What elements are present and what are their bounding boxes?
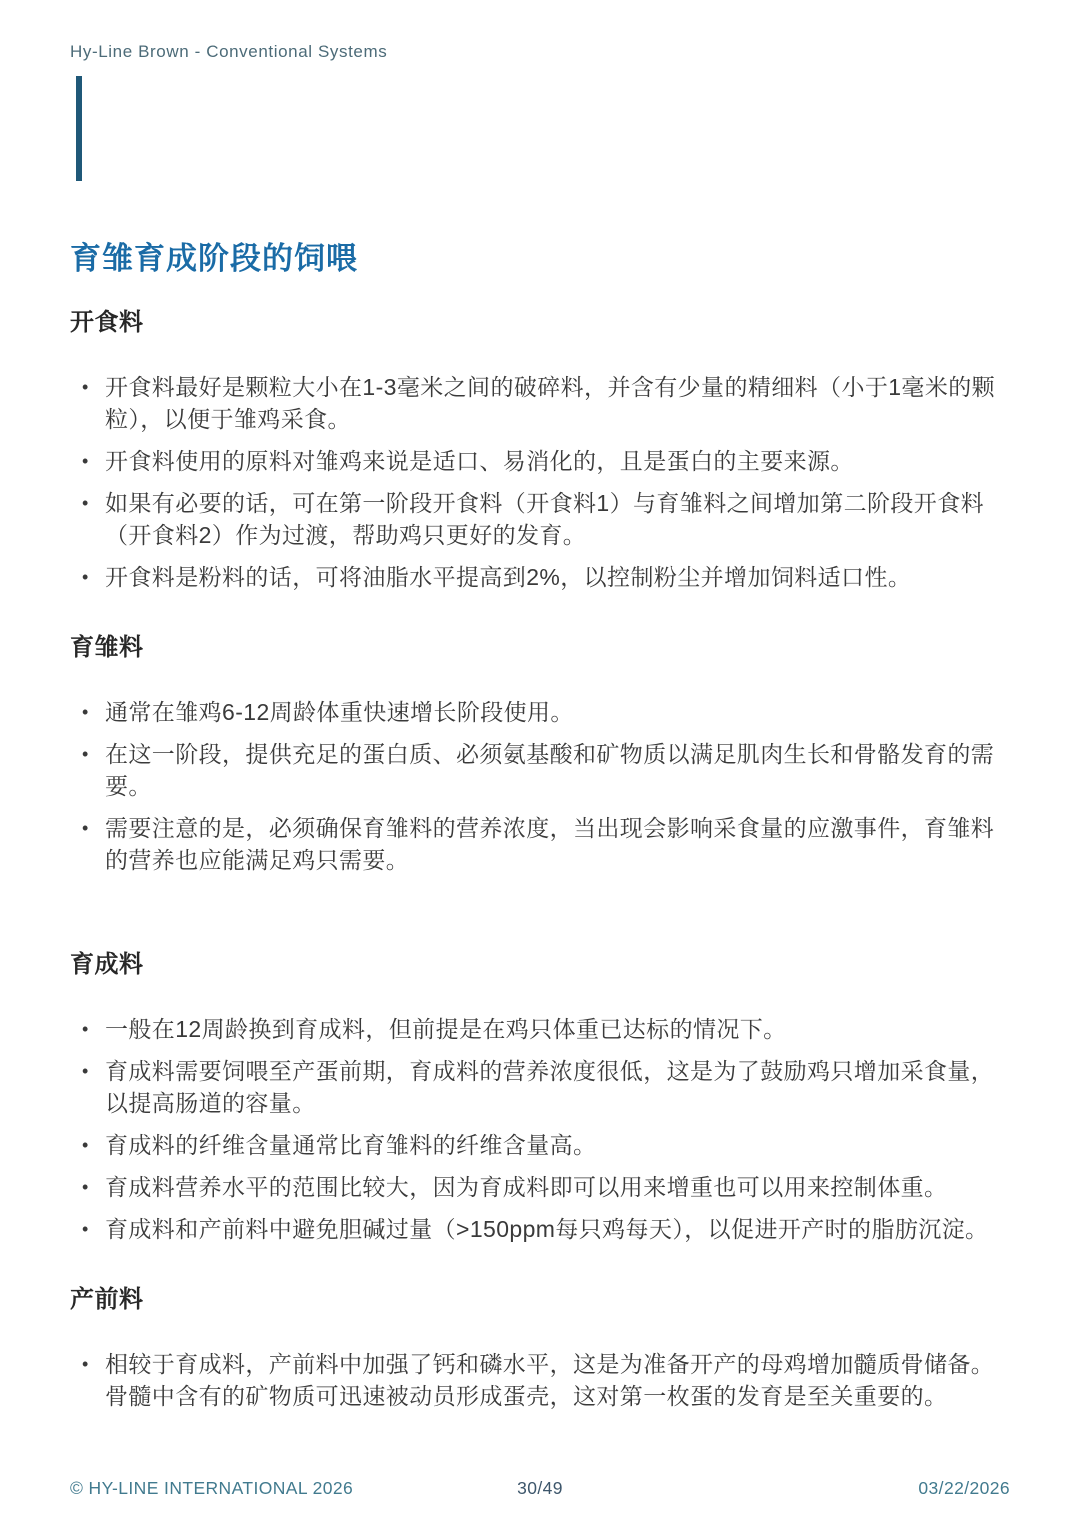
bullet-dot-icon: • xyxy=(82,1213,105,1245)
bullet-text: 相较于育成料，产前料中加强了钙和磷水平，这是为准备开产的母鸡增加髓质骨储备。骨髓… xyxy=(105,1348,1010,1412)
bullet-text: 需要注意的是，必须确保育雏料的营养浓度，当出现会影响采食量的应激事件，育雏料的营… xyxy=(105,812,1010,876)
bullet-item: • 育成料和产前料中避免胆碱过量（>150ppm每只鸡每天），以促进开产时的脂肪… xyxy=(70,1213,1010,1245)
bullet-item: • 需要注意的是，必须确保育雏料的营养浓度，当出现会影响采食量的应激事件，育雏料… xyxy=(70,812,1010,876)
bullet-item: • 如果有必要的话，可在第一阶段开食料（开食料1）与育雏料之间增加第二阶段开食料… xyxy=(70,487,1010,551)
section-heading-grower-feed: 育成料 xyxy=(70,944,1010,979)
accent-vertical-bar xyxy=(76,76,82,181)
bullet-dot-icon: • xyxy=(82,487,105,519)
bullet-item: • 育成料需要饲喂至产蛋前期，育成料的营养浓度很低，这是为了鼓励鸡只增加采食量，… xyxy=(70,1055,1010,1119)
bullet-dot-icon: • xyxy=(82,445,105,477)
bullet-text: 开食料最好是颗粒大小在1-3毫米之间的破碎料，并含有少量的精细料（小于1毫米的颗… xyxy=(105,371,1010,435)
document-header-breadcrumb: Hy-Line Brown - Conventional Systems xyxy=(70,42,1010,62)
footer-page-number: 30/49 xyxy=(517,1478,563,1499)
section-heading-starter-feed: 开食料 xyxy=(70,302,1010,337)
footer-copyright: © HY-LINE INTERNATIONAL 2026 xyxy=(70,1478,517,1499)
page-title: 育雏育成阶段的饲喂 xyxy=(70,233,1010,278)
bullet-dot-icon: • xyxy=(82,1013,105,1045)
bullet-item: • 相较于育成料，产前料中加强了钙和磷水平，这是为准备开产的母鸡增加髓质骨储备。… xyxy=(70,1348,1010,1412)
bullet-list-grower-feed: • 一般在12周龄换到育成料，但前提是在鸡只体重已达标的情况下。 • 育成料需要… xyxy=(70,1013,1010,1245)
bullet-item: • 开食料是粉料的话，可将油脂水平提高到2%，以控制粉尘并增加饲料适口性。 xyxy=(70,561,1010,593)
bullet-text: 育成料需要饲喂至产蛋前期，育成料的营养浓度很低，这是为了鼓励鸡只增加采食量，以提… xyxy=(105,1055,1010,1119)
bullet-text: 开食料使用的原料对雏鸡来说是适口、易消化的，且是蛋白的主要来源。 xyxy=(105,445,1010,477)
bullet-dot-icon: • xyxy=(82,561,105,593)
document-page: Hy-Line Brown - Conventional Systems 育雏育… xyxy=(0,0,1080,1528)
bullet-item: • 开食料使用的原料对雏鸡来说是适口、易消化的，且是蛋白的主要来源。 xyxy=(70,445,1010,477)
bullet-item: • 育成料营养水平的范围比较大，因为育成料即可以用来增重也可以用来控制体重。 xyxy=(70,1171,1010,1203)
bullet-dot-icon: • xyxy=(82,1348,105,1380)
bullet-text: 通常在雏鸡6-12周龄体重快速增长阶段使用。 xyxy=(105,696,1010,728)
bullet-dot-icon: • xyxy=(82,738,105,770)
bullet-dot-icon: • xyxy=(82,371,105,403)
section-heading-chick-feed: 育雏料 xyxy=(70,627,1010,662)
bullet-text: 一般在12周龄换到育成料，但前提是在鸡只体重已达标的情况下。 xyxy=(105,1013,1010,1045)
bullet-text: 育成料营养水平的范围比较大，因为育成料即可以用来增重也可以用来控制体重。 xyxy=(105,1171,1010,1203)
bullet-dot-icon: • xyxy=(82,1055,105,1087)
bullet-dot-icon: • xyxy=(82,1129,105,1161)
bullet-item: • 一般在12周龄换到育成料，但前提是在鸡只体重已达标的情况下。 xyxy=(70,1013,1010,1045)
bullet-text: 如果有必要的话，可在第一阶段开食料（开食料1）与育雏料之间增加第二阶段开食料（开… xyxy=(105,487,1010,551)
bullet-text: 在这一阶段，提供充足的蛋白质、必须氨基酸和矿物质以满足肌肉生长和骨骼发育的需要。 xyxy=(105,738,1010,802)
bullet-list-chick-feed: • 通常在雏鸡6-12周龄体重快速增长阶段使用。 • 在这一阶段，提供充足的蛋白… xyxy=(70,696,1010,876)
section-heading-prelay-feed: 产前料 xyxy=(70,1279,1010,1314)
bullet-dot-icon: • xyxy=(82,1171,105,1203)
bullet-text: 育成料和产前料中避免胆碱过量（>150ppm每只鸡每天），以促进开产时的脂肪沉淀… xyxy=(105,1213,1010,1245)
document-footer: © HY-LINE INTERNATIONAL 2026 30/49 03/22… xyxy=(70,1478,1010,1499)
bullet-list-prelay-feed: • 相较于育成料，产前料中加强了钙和磷水平，这是为准备开产的母鸡增加髓质骨储备。… xyxy=(70,1348,1010,1412)
bullet-dot-icon: • xyxy=(82,812,105,844)
bullet-item: • 开食料最好是颗粒大小在1-3毫米之间的破碎料，并含有少量的精细料（小于1毫米… xyxy=(70,371,1010,435)
bullet-dot-icon: • xyxy=(82,696,105,728)
bullet-list-starter-feed: • 开食料最好是颗粒大小在1-3毫米之间的破碎料，并含有少量的精细料（小于1毫米… xyxy=(70,371,1010,593)
bullet-text: 开食料是粉料的话，可将油脂水平提高到2%，以控制粉尘并增加饲料适口性。 xyxy=(105,561,1010,593)
bullet-item: • 育成料的纤维含量通常比育雏料的纤维含量高。 xyxy=(70,1129,1010,1161)
bullet-text: 育成料的纤维含量通常比育雏料的纤维含量高。 xyxy=(105,1129,1010,1161)
bullet-item: • 在这一阶段，提供充足的蛋白质、必须氨基酸和矿物质以满足肌肉生长和骨骼发育的需… xyxy=(70,738,1010,802)
bullet-item: • 通常在雏鸡6-12周龄体重快速增长阶段使用。 xyxy=(70,696,1010,728)
footer-date: 03/22/2026 xyxy=(563,1478,1010,1499)
